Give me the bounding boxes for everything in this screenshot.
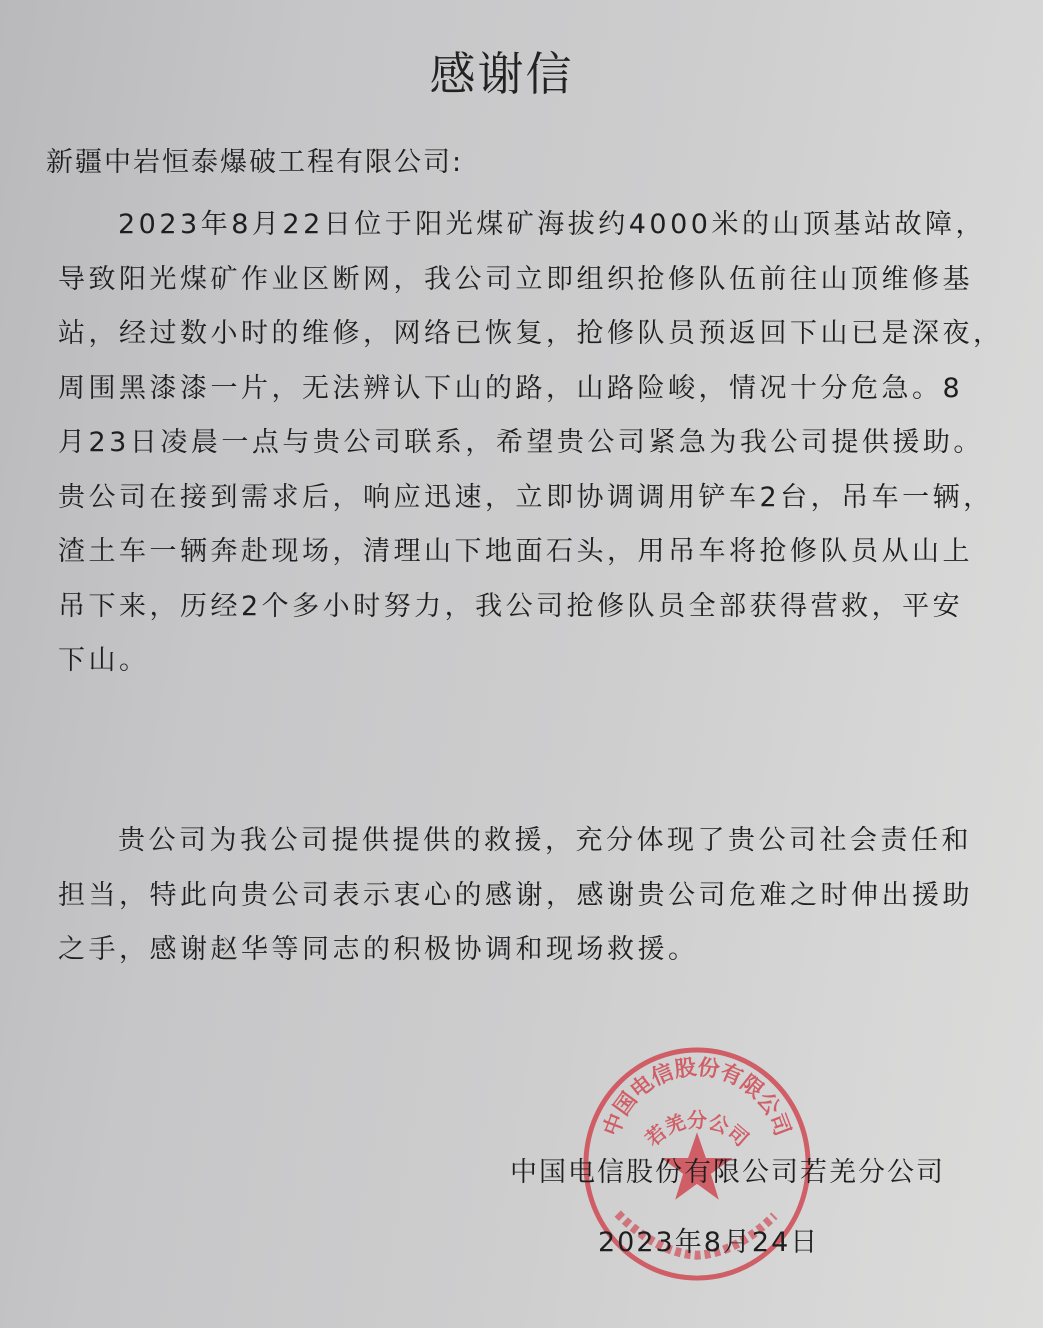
paragraph-line: 站，经过数小时的维修，网络已恢复，抢修队员预返回下山已是深夜， bbox=[58, 307, 968, 362]
paragraph-1: 2023年8月22日位于阳光煤矿海拔约4000米的山顶基站故障， 导致阳光煤矿作… bbox=[58, 198, 968, 689]
paragraph-line: 月23日凌晨一点与贵公司联系，希望贵公司紧急为我公司提供援助。 bbox=[58, 416, 968, 471]
paragraph-line: 导致阳光煤矿作业区断网，我公司立即组织抢修队伍前往山顶维修基 bbox=[58, 253, 968, 308]
paragraph-line: 2023年8月22日位于阳光煤矿海拔约4000米的山顶基站故障， bbox=[58, 198, 968, 253]
letter-page: 感谢信 新疆中岩恒泰爆破工程有限公司: 2023年8月22日位于阳光煤矿海拔约4… bbox=[0, 0, 1043, 1328]
paragraph-line: 吊下来，历经2个多小时努力，我公司抢修队员全部获得营救，平安 bbox=[58, 580, 968, 635]
letter-title: 感谢信 bbox=[0, 38, 1003, 104]
paragraph-line: 担当，特此向贵公司表示衷心的感谢，感谢贵公司危难之时伸出援助 bbox=[58, 869, 968, 924]
salutation: 新疆中岩恒泰爆破工程有限公司: bbox=[46, 140, 463, 179]
signature-date: 2023年8月24日 bbox=[598, 1220, 819, 1259]
paragraph-line: 下山。 bbox=[58, 634, 968, 689]
signature-org: 中国电信股份有限公司若羌分公司 bbox=[510, 1150, 945, 1189]
paragraph-line: 贵公司为我公司提供提供的救援，充分体现了贵公司社会责任和 bbox=[58, 814, 968, 869]
paragraph-line: 周围黑漆漆一片，无法辨认下山的路，山路险峻，情况十分危急。8 bbox=[58, 362, 968, 417]
paragraph-line: 之手，感谢赵华等同志的积极协调和现场救援。 bbox=[58, 923, 968, 978]
paragraph-2: 贵公司为我公司提供提供的救援，充分体现了贵公司社会责任和 担当，特此向贵公司表示… bbox=[58, 814, 968, 978]
paragraph-line: 渣土车一辆奔赴现场，清理山下地面石头，用吊车将抢修队员从山上 bbox=[58, 525, 968, 580]
paragraph-line: 贵公司在接到需求后，响应迅速，立即协调调用铲车2台，吊车一辆， bbox=[58, 471, 968, 526]
